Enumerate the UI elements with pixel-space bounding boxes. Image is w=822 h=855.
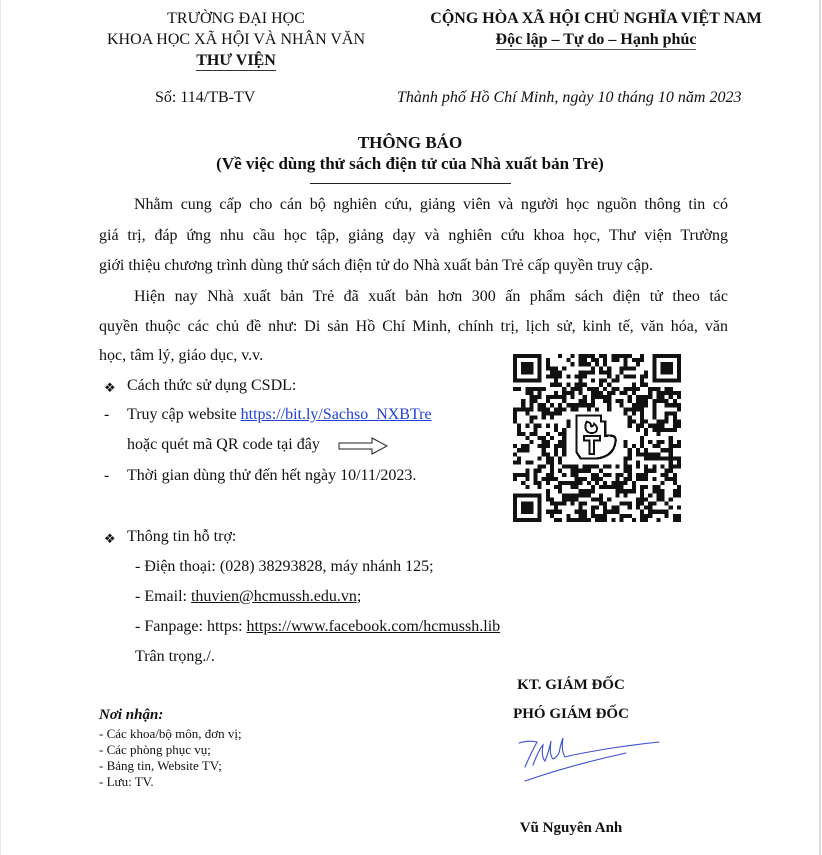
para2-line-1: Hiện nay Nhà xuất bản Trẻ đã xuất bản hơ… <box>134 288 728 306</box>
department-name: THƯ VIỆN <box>196 52 276 71</box>
subtitle-divider <box>310 183 511 184</box>
recipient-item: - Lưu: TV. <box>99 774 154 790</box>
document-subtitle: (Về việc dùng thử sách điện tử của Nhà x… <box>1 154 819 174</box>
signatory-title: KT. GIÁM ĐỐC <box>471 677 671 694</box>
email-suffix: ; <box>357 588 361 605</box>
diamond-bullet-icon: ❖ <box>104 531 116 547</box>
closing-remark: Trân trọng./. <box>135 648 215 666</box>
handwritten-signature <box>511 735 661 790</box>
support-email-line: - Email: thuvien@hcmussh.edu.vn; <box>135 588 361 606</box>
email-label: - Email: <box>135 588 191 605</box>
dash-icon: - <box>104 406 109 424</box>
nation-name: CỘNG HÒA XÃ HỘI CHỦ NGHĨA VIỆT NAM <box>401 8 791 29</box>
para1-line-1: Nhằm cung cấp cho cán bộ nghiên cứu, giả… <box>134 196 728 214</box>
national-header: CỘNG HÒA XÃ HỘI CHỦ NGHĨA VIỆT NAM Độc l… <box>401 8 791 50</box>
qr-instruction: hoặc quét mã QR code tại đây <box>127 436 320 454</box>
access-line: Truy cập website https://bit.ly/Sachso_N… <box>127 406 432 424</box>
university-line-2: KHOA HỌC XÃ HỘI VÀ NHÂN VĂN <box>96 29 376 50</box>
access-prefix: Truy cập website <box>127 406 241 423</box>
support-heading: Thông tin hỗ trợ: <box>127 528 236 546</box>
fanpage-link[interactable]: https://www.facebook.com/hcmussh.lib <box>247 618 501 635</box>
issuer-block: TRƯỜNG ĐẠI HỌC KHOA HỌC XÃ HỘI VÀ NHÂN V… <box>96 8 376 71</box>
para1-line-2: giá trị, đáp ứng nhu cầu học tập, giảng … <box>99 227 728 245</box>
support-email-link[interactable]: thuvien@hcmussh.edu.vn <box>191 588 357 605</box>
right-arrow-icon <box>338 437 388 455</box>
para1-line-3: giới thiệu chương trình dùng thử sách đi… <box>99 257 653 275</box>
recipient-item: - Bảng tin, Website TV; <box>99 758 222 774</box>
university-line-1: TRƯỜNG ĐẠI HỌC <box>96 8 376 29</box>
document-page: TRƯỜNG ĐẠI HỌC KHOA HỌC XÃ HỘI VÀ NHÂN V… <box>0 0 821 855</box>
diamond-bullet-icon: ❖ <box>104 380 116 396</box>
recipient-item: - Các phòng phục vụ; <box>99 742 211 758</box>
publisher-logo-icon <box>570 411 623 464</box>
para2-line-2: quyền thuộc các chủ đề như: Di sản Hồ Ch… <box>99 318 728 336</box>
recipients-title: Nơi nhận: <box>99 707 163 724</box>
trial-period: Thời gian dùng thử đến hết ngày 10/11/20… <box>127 467 416 485</box>
support-fanpage-line: - Fanpage: https: https://www.facebook.c… <box>135 618 500 636</box>
qr-code[interactable] <box>513 354 681 522</box>
para2-line-3: học, tâm lý, giáo dục, v.v. <box>99 347 263 365</box>
document-title: THÔNG BÁO <box>1 133 819 153</box>
support-phone: - Điện thoại: (028) 38293828, máy nhánh … <box>135 558 434 576</box>
signer-name: Vũ Nguyên Anh <box>471 820 671 837</box>
ebook-website-link[interactable]: https://bit.ly/Sachso_NXBTre <box>241 406 432 423</box>
fanpage-label: - Fanpage: https: <box>135 618 247 635</box>
signatory-position: PHÓ GIÁM ĐỐC <box>471 706 671 723</box>
document-number: Số: 114/TB-TV <box>155 89 255 107</box>
dash-icon: - <box>104 467 109 485</box>
recipient-item: - Các khoa/bộ môn, đơn vị; <box>99 726 242 742</box>
place-date: Thành phố Hồ Chí Minh, ngày 10 tháng 10 … <box>397 89 741 107</box>
national-motto: Độc lập – Tự do – Hạnh phúc <box>496 31 697 50</box>
usage-heading: Cách thức sử dụng CSDL: <box>127 377 296 395</box>
